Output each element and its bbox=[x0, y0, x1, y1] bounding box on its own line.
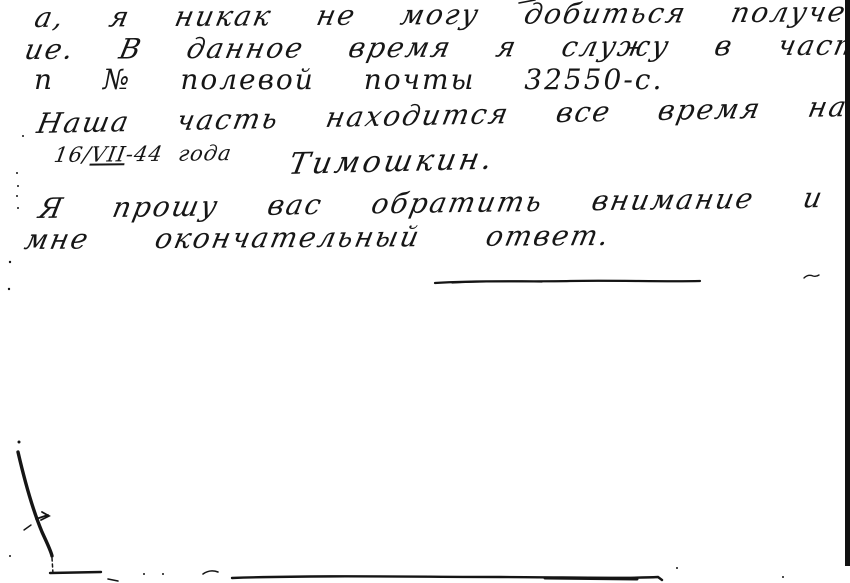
speck bbox=[143, 573, 145, 575]
ink-rule-middle-overlay bbox=[452, 281, 655, 283]
speck bbox=[9, 555, 11, 557]
date-day-month: 16/ bbox=[52, 143, 93, 167]
date-roman-month: VII bbox=[89, 142, 128, 166]
date-year: -44 года bbox=[124, 141, 234, 166]
ink-dot bbox=[18, 441, 21, 444]
handwriting-line-1: а, я никак не могу добиться получения bbox=[32, 0, 850, 32]
speck bbox=[22, 135, 24, 137]
speck bbox=[782, 576, 784, 578]
page-fold-curve bbox=[18, 452, 52, 556]
bottom-long-line bbox=[232, 576, 662, 580]
speck-dash bbox=[108, 579, 118, 581]
bottom-long-line-overlay bbox=[545, 578, 637, 579]
scanned-letter-page: а, я никак не могу добиться получения ие… bbox=[0, 0, 850, 583]
speck bbox=[162, 573, 164, 575]
speck bbox=[16, 195, 18, 197]
bottom-short-line bbox=[50, 572, 101, 573]
speck bbox=[676, 567, 678, 569]
speck bbox=[17, 207, 19, 209]
handwriting-line-5: Я прошу вас обратить внимание и дать bbox=[36, 182, 850, 223]
scan-edge-bar bbox=[845, 0, 850, 566]
signature: Тимошкин. bbox=[286, 145, 497, 180]
handwriting-line-4: Наша часть находится все время на фронте bbox=[35, 89, 850, 138]
date-line: 16/VII-44 года bbox=[53, 143, 234, 166]
handwriting-line-3: п № полевой почты 32550-с. bbox=[34, 66, 663, 94]
speck bbox=[17, 185, 19, 187]
handwriting-line-6: мне окончательный ответ. bbox=[22, 222, 613, 254]
speck bbox=[9, 261, 11, 263]
speck-tilde bbox=[203, 571, 218, 574]
handwriting-line-2: ие. В данное время я служу в части bbox=[22, 32, 850, 64]
ink-squiggle-right bbox=[804, 275, 819, 278]
speck bbox=[16, 172, 18, 174]
arrow-mark bbox=[36, 512, 49, 520]
speck bbox=[8, 288, 10, 290]
small-tick-mark bbox=[24, 525, 31, 530]
page-fold-curve-tail bbox=[52, 558, 53, 574]
ink-rule-middle bbox=[435, 281, 700, 283]
